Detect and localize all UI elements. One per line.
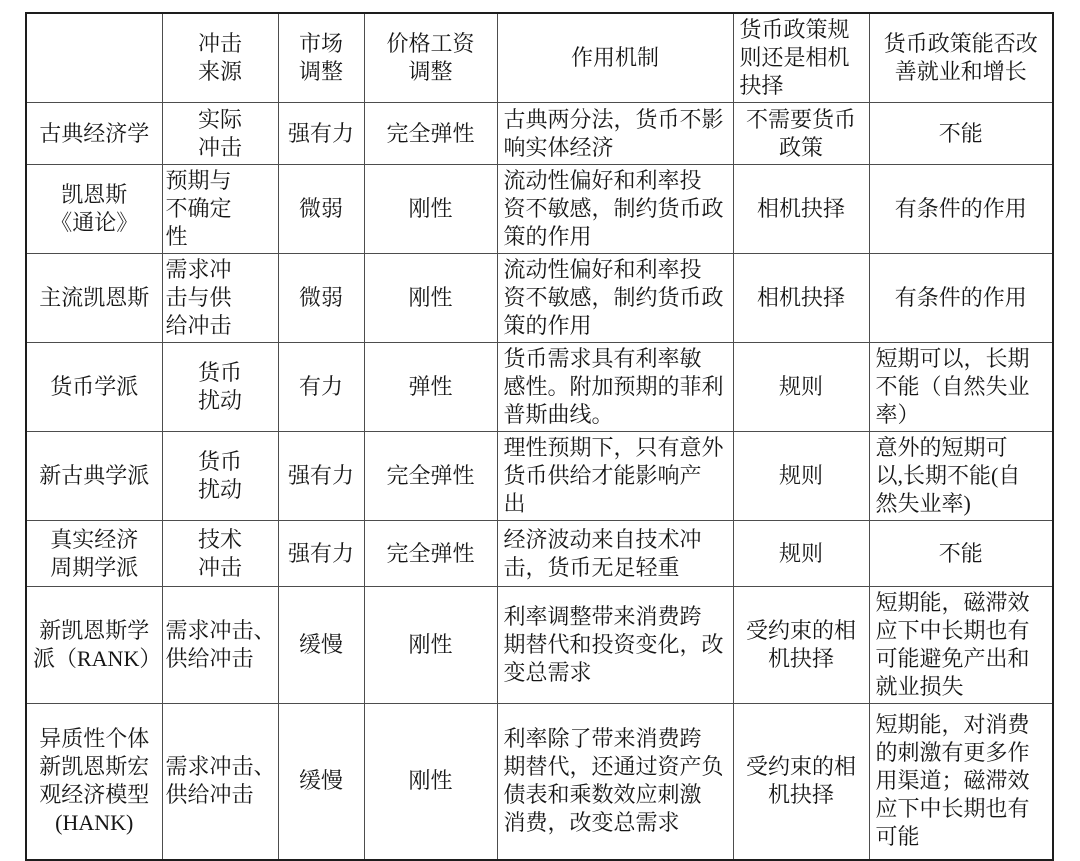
- cell: 刚性: [364, 587, 497, 704]
- cell: 需求冲击、 供给冲击: [162, 704, 278, 860]
- cell: 规则: [733, 521, 869, 587]
- cell: 完全弹性: [364, 432, 497, 521]
- cell: 缓慢: [278, 587, 364, 704]
- cell: 古典两分法，货币不影 响实体经济: [497, 103, 733, 165]
- cell: 短期能，磁滞效 应下中长期也有 可能避免产出和 就业损失: [869, 587, 1053, 704]
- economic-schools-comparison-table: 冲击 来源市场 调整价格工资 调整作用机制货币政策规 则还是相机 抉择货币政策能…: [25, 12, 1054, 861]
- column-header-6: 货币政策能否改 善就业和增长: [869, 13, 1053, 103]
- row-label: 凯恩斯 《通论》: [26, 165, 162, 254]
- cell: 需求冲击、 供给冲击: [162, 587, 278, 704]
- cell: 刚性: [364, 165, 497, 254]
- column-header-3: 价格工资 调整: [364, 13, 497, 103]
- cell: 流动性偏好和利率投 资不敏感，制约货币政 策的作用: [497, 254, 733, 343]
- column-header-4: 作用机制: [497, 13, 733, 103]
- table-row: 货币学派货币 扰动有力弹性货币需求具有利率敏 感性。附加预期的菲利 普斯曲线。规…: [26, 343, 1053, 432]
- cell: 短期能，对消费 的刺激有更多作 用渠道；磁滞效 应下中长期也有 可能: [869, 704, 1053, 860]
- cell: 缓慢: [278, 704, 364, 860]
- cell: 不需要货币 政策: [733, 103, 869, 165]
- cell: 规则: [733, 432, 869, 521]
- cell: 有力: [278, 343, 364, 432]
- cell: 刚性: [364, 704, 497, 860]
- table-row: 真实经济 周期学派技术 冲击强有力完全弹性经济波动来自技术冲 击，货币无足轻重规…: [26, 521, 1053, 587]
- row-label: 主流凯恩斯: [26, 254, 162, 343]
- cell: 利率调整带来消费跨 期替代和投资变化，改 变总需求: [497, 587, 733, 704]
- cell: 规则: [733, 343, 869, 432]
- cell: 货币 扰动: [162, 343, 278, 432]
- column-header-5: 货币政策规 则还是相机 抉择: [733, 13, 869, 103]
- cell: 短期可以，长期 不能（自然失业 率）: [869, 343, 1053, 432]
- header-row: 冲击 来源市场 调整价格工资 调整作用机制货币政策规 则还是相机 抉择货币政策能…: [26, 13, 1053, 103]
- table-row: 古典经济学实际 冲击强有力完全弹性古典两分法，货币不影 响实体经济不需要货币 政…: [26, 103, 1053, 165]
- cell: 技术 冲击: [162, 521, 278, 587]
- cell: 有条件的作用: [869, 254, 1053, 343]
- cell: 弹性: [364, 343, 497, 432]
- table-row: 凯恩斯 《通论》预期与 不确定 性微弱刚性流动性偏好和利率投 资不敏感，制约货币…: [26, 165, 1053, 254]
- row-label: 新凯恩斯学 派（RANK）: [26, 587, 162, 704]
- cell: 受约束的相 机抉择: [733, 704, 869, 860]
- column-header-2: 市场 调整: [278, 13, 364, 103]
- table-row: 主流凯恩斯需求冲 击与供 给冲击微弱刚性流动性偏好和利率投 资不敏感，制约货币政…: [26, 254, 1053, 343]
- cell: 实际 冲击: [162, 103, 278, 165]
- cell: 货币需求具有利率敏 感性。附加预期的菲利 普斯曲线。: [497, 343, 733, 432]
- cell: 经济波动来自技术冲 击，货币无足轻重: [497, 521, 733, 587]
- table-row: 新凯恩斯学 派（RANK）需求冲击、 供给冲击缓慢刚性利率调整带来消费跨 期替代…: [26, 587, 1053, 704]
- cell: 利率除了带来消费跨 期替代，还通过资产负 债表和乘数效应刺激 消费，改变总需求: [497, 704, 733, 860]
- cell: 需求冲 击与供 给冲击: [162, 254, 278, 343]
- cell: 不能: [869, 521, 1053, 587]
- column-header-0: [26, 13, 162, 103]
- cell: 完全弹性: [364, 521, 497, 587]
- cell: 有条件的作用: [869, 165, 1053, 254]
- row-label: 异质性个体 新凯恩斯宏 观经济模型 (HANK): [26, 704, 162, 860]
- row-label: 古典经济学: [26, 103, 162, 165]
- table-row: 新古典学派货币 扰动强有力完全弹性理性预期下，只有意外 货币供给才能影响产 出规…: [26, 432, 1053, 521]
- cell: 货币 扰动: [162, 432, 278, 521]
- cell: 强有力: [278, 521, 364, 587]
- row-label: 货币学派: [26, 343, 162, 432]
- cell: 微弱: [278, 165, 364, 254]
- cell: 完全弹性: [364, 103, 497, 165]
- row-label: 新古典学派: [26, 432, 162, 521]
- cell: 相机抉择: [733, 165, 869, 254]
- cell: 刚性: [364, 254, 497, 343]
- cell: 意外的短期可 以,长期不能(自 然失业率): [869, 432, 1053, 521]
- column-header-1: 冲击 来源: [162, 13, 278, 103]
- cell: 预期与 不确定 性: [162, 165, 278, 254]
- cell: 相机抉择: [733, 254, 869, 343]
- table-row: 异质性个体 新凯恩斯宏 观经济模型 (HANK)需求冲击、 供给冲击缓慢刚性利率…: [26, 704, 1053, 860]
- row-label: 真实经济 周期学派: [26, 521, 162, 587]
- cell: 强有力: [278, 432, 364, 521]
- cell: 微弱: [278, 254, 364, 343]
- cell: 受约束的相 机抉择: [733, 587, 869, 704]
- cell: 不能: [869, 103, 1053, 165]
- cell: 强有力: [278, 103, 364, 165]
- cell: 理性预期下，只有意外 货币供给才能影响产 出: [497, 432, 733, 521]
- page: 冲击 来源市场 调整价格工资 调整作用机制货币政策规 则还是相机 抉择货币政策能…: [0, 0, 1080, 857]
- cell: 流动性偏好和利率投 资不敏感，制约货币政 策的作用: [497, 165, 733, 254]
